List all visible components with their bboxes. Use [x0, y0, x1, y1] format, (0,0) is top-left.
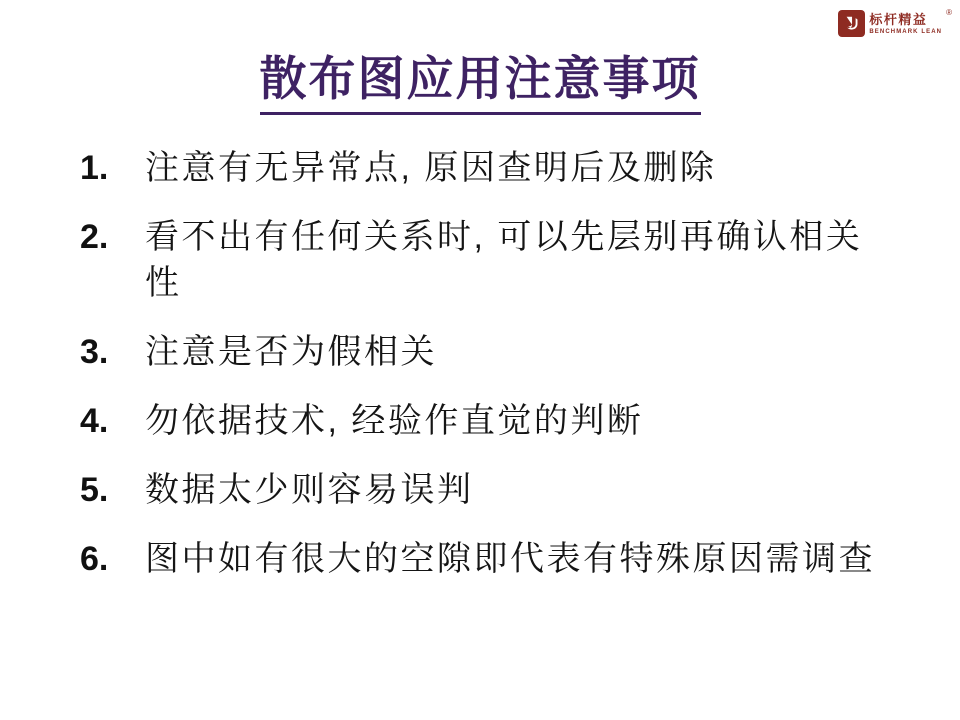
list-item: 6. 图中如有很大的空隙即代表有特殊原因需调查 — [80, 536, 960, 582]
logo-brand-english: BENCHMARK LEAN — [869, 29, 942, 35]
list-item-text: 注意是否为假相关 — [145, 329, 437, 375]
list-item-number: 5. — [80, 467, 145, 513]
registered-trademark-symbol: ® — [946, 9, 952, 17]
list-item-number: 1. — [80, 145, 145, 191]
list-item: 1. 注意有无异常点, 原因查明后及删除 — [80, 145, 960, 191]
list-item-number: 2. — [80, 214, 145, 260]
slide-title: 散布图应用注意事项 — [260, 42, 701, 115]
list-item-text: 注意有无异常点, 原因查明后及删除 — [145, 145, 716, 191]
list-item-text: 勿依据技术, 经验作直觉的判断 — [145, 398, 643, 444]
notes-list: 1. 注意有无异常点, 原因查明后及删除 2. 看不出有任何关系时, 可以先层别… — [0, 145, 960, 582]
benchmark-lean-logo: 标杆精益 BENCHMARK LEAN ® — [838, 10, 952, 37]
logo-brand-chinese: 标杆精益 — [869, 13, 942, 26]
logo-text-block: 标杆精益 BENCHMARK LEAN — [869, 10, 942, 35]
list-item-text: 图中如有很大的空隙即代表有特殊原因需调查 — [145, 536, 875, 582]
list-item: 4. 勿依据技术, 经验作直觉的判断 — [80, 398, 960, 444]
benchmark-lean-logo-icon — [838, 10, 865, 37]
list-item-number: 6. — [80, 536, 145, 582]
list-item-text: 看不出有任何关系时, 可以先层别再确认相关性 — [145, 214, 897, 306]
list-item: 2. 看不出有任何关系时, 可以先层别再确认相关性 — [80, 214, 960, 306]
list-item-number: 3. — [80, 329, 145, 375]
list-item: 5. 数据太少则容易误判 — [80, 467, 960, 513]
list-item-text: 数据太少则容易误判 — [145, 467, 474, 513]
list-item-number: 4. — [80, 398, 145, 444]
list-item: 3. 注意是否为假相关 — [80, 329, 960, 375]
presentation-slide: 标杆精益 BENCHMARK LEAN ® 散布图应用注意事项 1. 注意有无异… — [0, 0, 960, 720]
title-container: 散布图应用注意事项 — [0, 0, 960, 115]
